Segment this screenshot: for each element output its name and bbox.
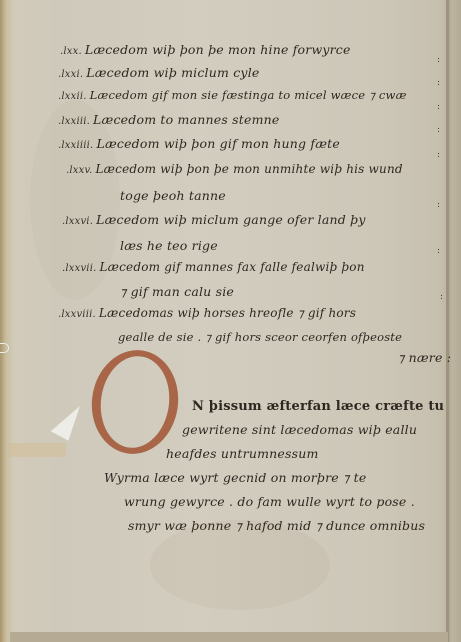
margin-dots: :: [437, 55, 440, 65]
margin-dots: :: [437, 246, 440, 256]
chapter-entry: .lxxvi.Læcedom wiþ miclum gange ofer lan…: [62, 212, 366, 227]
margin-dots: :: [437, 102, 440, 112]
repair-tape: [8, 443, 66, 457]
chapter-entry: .lxxii.Læcedom gif mon sie fæstinga to m…: [58, 88, 407, 102]
paragraph-line: wrung gewyrce . do fam wulle wyrt to pos…: [124, 494, 415, 509]
chapter-entry-continuation: ⁊ gif man calu sie: [120, 284, 234, 299]
paragraph-line: heafdes untrumnessum: [166, 446, 319, 461]
chapter-entry: .lxx.Læcedom wiþ þon þe mon hine forwyrc…: [60, 42, 351, 57]
page-bottom-edge: [10, 632, 448, 642]
chapter-entry-continuation: toge þeoh tanne: [120, 188, 226, 203]
binding-clip-icon: [0, 343, 9, 353]
chapter-entry: .lxxv.Læcedom wiþ þon þe mon unmihte wiþ…: [66, 162, 403, 176]
paper-slip: [51, 399, 86, 440]
chapter-entry: .lxxi.Læcedom wiþ miclum cyle: [58, 65, 260, 80]
chapter-entry: .lxxvii.Læcedom gif mannes fax falle fea…: [62, 260, 365, 274]
paragraph-line: Wyrma læce wyrt gecnid on morþre ⁊ te: [104, 470, 366, 485]
parchment-stain: [150, 520, 330, 610]
chapter-entry: .lxxiiii.Læcedom wiþ þon gif mon hung fæ…: [58, 136, 340, 151]
margin-dots: :: [440, 292, 443, 302]
chapter-entry: .lxxiii.Læcedom to mannes stemne: [58, 112, 279, 127]
margin-dots: :: [437, 150, 440, 160]
manuscript-page: .lxx.Læcedom wiþ þon þe mon hine forwyrc…: [0, 0, 461, 642]
chapter-entry: .lxxviii.Læcedomas wiþ horses hreofle ⁊ …: [58, 306, 356, 320]
page-gutter: [446, 0, 449, 642]
decorated-initial-o: [85, 345, 185, 460]
chapter-entry-continuation: læs he teo rige: [120, 238, 218, 253]
paragraph-line: gewritene sint læcedomas wiþ eallu: [182, 422, 417, 437]
margin-dots: :: [437, 125, 440, 135]
paragraph-line: N þissum æfterfan læce cræfte tu: [192, 398, 444, 414]
margin-dots: :: [437, 78, 440, 88]
margin-dots: :: [437, 200, 440, 210]
chapter-entry-continuation: gealle de sie . ⁊ gif hors sceor ceorfen…: [118, 330, 402, 344]
closing-text: ⁊ nære :: [398, 350, 451, 365]
paragraph-line: smyr wæ þonne ⁊ hafod mid ⁊ dunce omnibu…: [128, 518, 425, 533]
